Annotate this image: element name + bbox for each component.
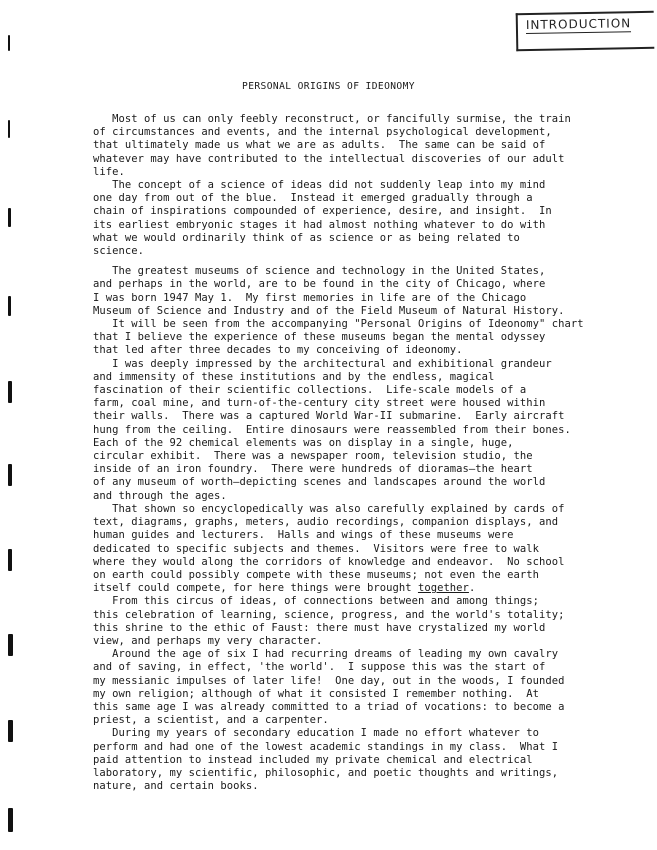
text-line: one day from out of the blue. Instead it… bbox=[93, 192, 613, 205]
text-line: whatever may have contributed to the int… bbox=[93, 153, 613, 166]
binding-mark bbox=[8, 808, 13, 832]
section-tag-box: INTRODUCTION bbox=[516, 11, 655, 51]
text-line: this celebration of learning, science, p… bbox=[93, 609, 613, 622]
text-line: It will be seen from the accompanying "P… bbox=[93, 318, 613, 331]
text-line: That shown so encyclopedically was also … bbox=[93, 503, 613, 516]
text-line: this same age I was already committed to… bbox=[93, 701, 613, 714]
page-title: PERSONAL ORIGINS OF IDEONOMY bbox=[0, 81, 657, 92]
paragraph: That shown so encyclopedically was also … bbox=[93, 503, 613, 595]
text-line: From this circus of ideas, of connection… bbox=[93, 595, 613, 608]
text-line: its earliest embryonic stages it had alm… bbox=[93, 219, 613, 232]
text-line: Most of us can only feebly reconstruct, … bbox=[93, 113, 613, 126]
text-line: my messianic impulses of later life! One… bbox=[93, 675, 613, 688]
text-line: and immensity of these institutions and … bbox=[93, 371, 613, 384]
text-line: itself could compete, for here things we… bbox=[93, 582, 613, 595]
text-line: their walls. There was a captured World … bbox=[93, 410, 613, 423]
text-line: science. bbox=[93, 245, 613, 258]
text-line: that ultimately made us what we are as a… bbox=[93, 139, 613, 152]
text-line: and perhaps in the world, are to be foun… bbox=[93, 278, 613, 291]
paragraph: Most of us can only feebly reconstruct, … bbox=[93, 113, 613, 179]
emphasized-word: together bbox=[418, 582, 469, 594]
text-line: that I believe the experience of these m… bbox=[93, 331, 613, 344]
binding-mark bbox=[8, 35, 10, 50]
binding-marks bbox=[0, 0, 30, 850]
text-line: priest, a scientist, and a carpenter. bbox=[93, 714, 613, 727]
text-line: my own religion; although of what it con… bbox=[93, 688, 613, 701]
text-line: farm, coal mine, and turn-of-the-century… bbox=[93, 397, 613, 410]
paragraph: Around the age of six I had recurring dr… bbox=[93, 648, 613, 727]
paragraph: The greatest museums of science and tech… bbox=[93, 265, 613, 318]
text-line: view, and perhaps my very character. bbox=[93, 635, 613, 648]
binding-mark bbox=[8, 296, 11, 316]
text-line: paid attention to instead included my pr… bbox=[93, 754, 613, 767]
text-line: and of saving, in effect, 'the world'. I… bbox=[93, 661, 613, 674]
text-line: fascination of their scientific collecti… bbox=[93, 384, 613, 397]
text-line: I was deeply impressed by the architectu… bbox=[93, 358, 613, 371]
binding-mark bbox=[8, 208, 11, 227]
text-line: Around the age of six I had recurring dr… bbox=[93, 648, 613, 661]
text-line: circular exhibit. There was a newspaper … bbox=[93, 450, 613, 463]
text-line: where they would along the corridors of … bbox=[93, 556, 613, 569]
paragraph: I was deeply impressed by the architectu… bbox=[93, 358, 613, 503]
text-line: on earth could possibly compete with the… bbox=[93, 569, 613, 582]
text-line: that led after three decades to my conce… bbox=[93, 344, 613, 357]
binding-mark bbox=[8, 464, 12, 486]
binding-mark bbox=[8, 549, 12, 571]
text-line: Museum of Science and Industry and of th… bbox=[93, 305, 613, 318]
text-line: Each of the 92 chemical elements was on … bbox=[93, 437, 613, 450]
binding-mark bbox=[8, 381, 12, 403]
text-line: chain of inspirations compounded of expe… bbox=[93, 205, 613, 218]
binding-mark bbox=[8, 120, 10, 138]
binding-mark bbox=[8, 720, 13, 742]
text-line: of any museum of worth—depicting scenes … bbox=[93, 476, 613, 489]
text-line: inside of an iron foundry. There were hu… bbox=[93, 463, 613, 476]
text-line: nature, and certain books. bbox=[93, 780, 613, 793]
paragraph: During my years of secondary education I… bbox=[93, 727, 613, 793]
document-body: Most of us can only feebly reconstruct, … bbox=[93, 113, 613, 793]
text-line: The concept of a science of ideas did no… bbox=[93, 179, 613, 192]
binding-mark bbox=[8, 634, 13, 656]
text-line: what we would ordinarily think of as sci… bbox=[93, 232, 613, 245]
text-line: hung from the ceiling. Entire dinosaurs … bbox=[93, 424, 613, 437]
paragraph: It will be seen from the accompanying "P… bbox=[93, 318, 613, 358]
text-line: laboratory, my scientific, philosophic, … bbox=[93, 767, 613, 780]
text-line: I was born 1947 May 1. My first memories… bbox=[93, 292, 613, 305]
text-line: perform and had one of the lowest academ… bbox=[93, 741, 613, 754]
paragraph-gap bbox=[93, 258, 613, 265]
paragraph: From this circus of ideas, of connection… bbox=[93, 595, 613, 648]
section-tag: INTRODUCTION bbox=[526, 16, 632, 34]
text-line: human guides and lecturers. Halls and wi… bbox=[93, 529, 613, 542]
text-line: The greatest museums of science and tech… bbox=[93, 265, 613, 278]
text-line: this shrine to the ethic of Faust: there… bbox=[93, 622, 613, 635]
text-line: life. bbox=[93, 166, 613, 179]
text-line: dedicated to specific subjects and theme… bbox=[93, 543, 613, 556]
text-line: text, diagrams, graphs, meters, audio re… bbox=[93, 516, 613, 529]
paragraph: The concept of a science of ideas did no… bbox=[93, 179, 613, 258]
text-line: During my years of secondary education I… bbox=[93, 727, 613, 740]
text-line: and through the ages. bbox=[93, 490, 613, 503]
text-line: of circumstances and events, and the int… bbox=[93, 126, 613, 139]
